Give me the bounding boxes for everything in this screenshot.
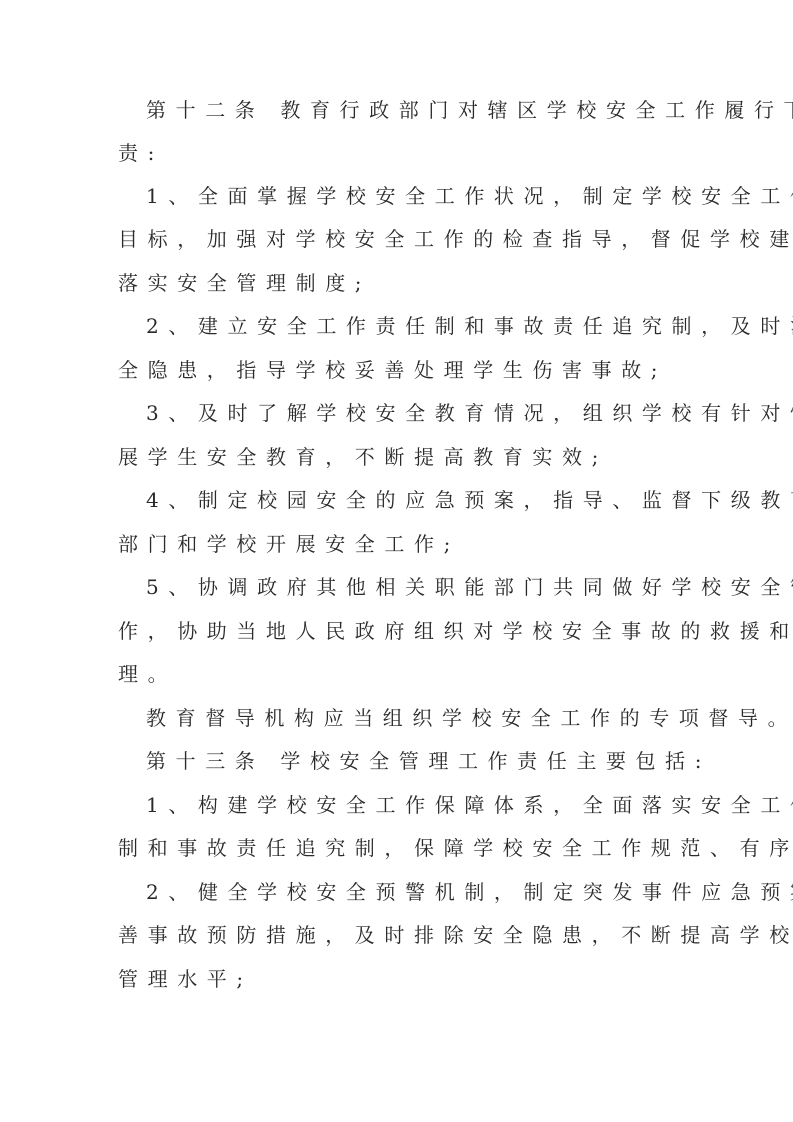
article-12-heading-cont: 责:: [118, 138, 693, 168]
article-12-item-1-cont: 目标，加强对学校安全工作的检查指导，督促学校建立健全并: [118, 224, 693, 254]
article-12-item-2: 2、建立安全工作责任制和事故责任追究制，及时消除安: [146, 311, 721, 341]
article-12-item-2-cont: 全隐患，指导学校妥善处理学生伤害事故;: [118, 355, 693, 385]
article-13-item-2-cont: 善事故预防措施，及时排除安全隐患，不断提高学校安全工作: [118, 920, 693, 950]
article-12-item-1-cont: 落实安全管理制度;: [118, 268, 693, 298]
supervision-paragraph: 教育督导机构应当组织学校安全工作的专项督导。: [146, 703, 721, 733]
article-12-item-4-cont: 部门和学校开展安全工作;: [118, 529, 693, 559]
article-13-heading: 第十三条 学校安全管理工作责任主要包括:: [146, 746, 721, 776]
article-12-item-5-cont: 理。: [118, 659, 693, 689]
article-12-item-4: 4、制定校园安全的应急预案，指导、监督下级教育行政: [146, 485, 721, 515]
article-12-heading: 第十二条 教育行政部门对辖区学校安全工作履行下列职: [146, 95, 721, 125]
article-12-item-3: 3、及时了解学校安全教育情况，组织学校有针对性地开: [146, 398, 721, 428]
article-13-item-2: 2、健全学校安全预警机制，制定突发事件应急预案，完: [146, 877, 721, 907]
article-12-item-5-cont: 作，协助当地人民政府组织对学校安全事故的救援和调查处: [118, 616, 693, 646]
document-page: 第十二条 教育行政部门对辖区学校安全工作履行下列职 责: 1、全面掌握学校安全工…: [0, 0, 793, 1122]
article-12-item-5: 5、协调政府其他相关职能部门共同做好学校安全管理工: [146, 572, 721, 602]
article-12-item-3-cont: 展学生安全教育，不断提高教育实效;: [118, 442, 693, 472]
article-13-item-1: 1、构建学校安全工作保障体系，全面落实安全工作责任: [146, 790, 721, 820]
article-13-item-1-cont: 制和事故责任追究制，保障学校安全工作规范、有序进行;: [118, 833, 693, 863]
article-13-item-2-cont: 管理水平;: [118, 964, 693, 994]
article-12-item-1: 1、全面掌握学校安全工作状况，制定学校安全工作考核: [146, 181, 721, 211]
